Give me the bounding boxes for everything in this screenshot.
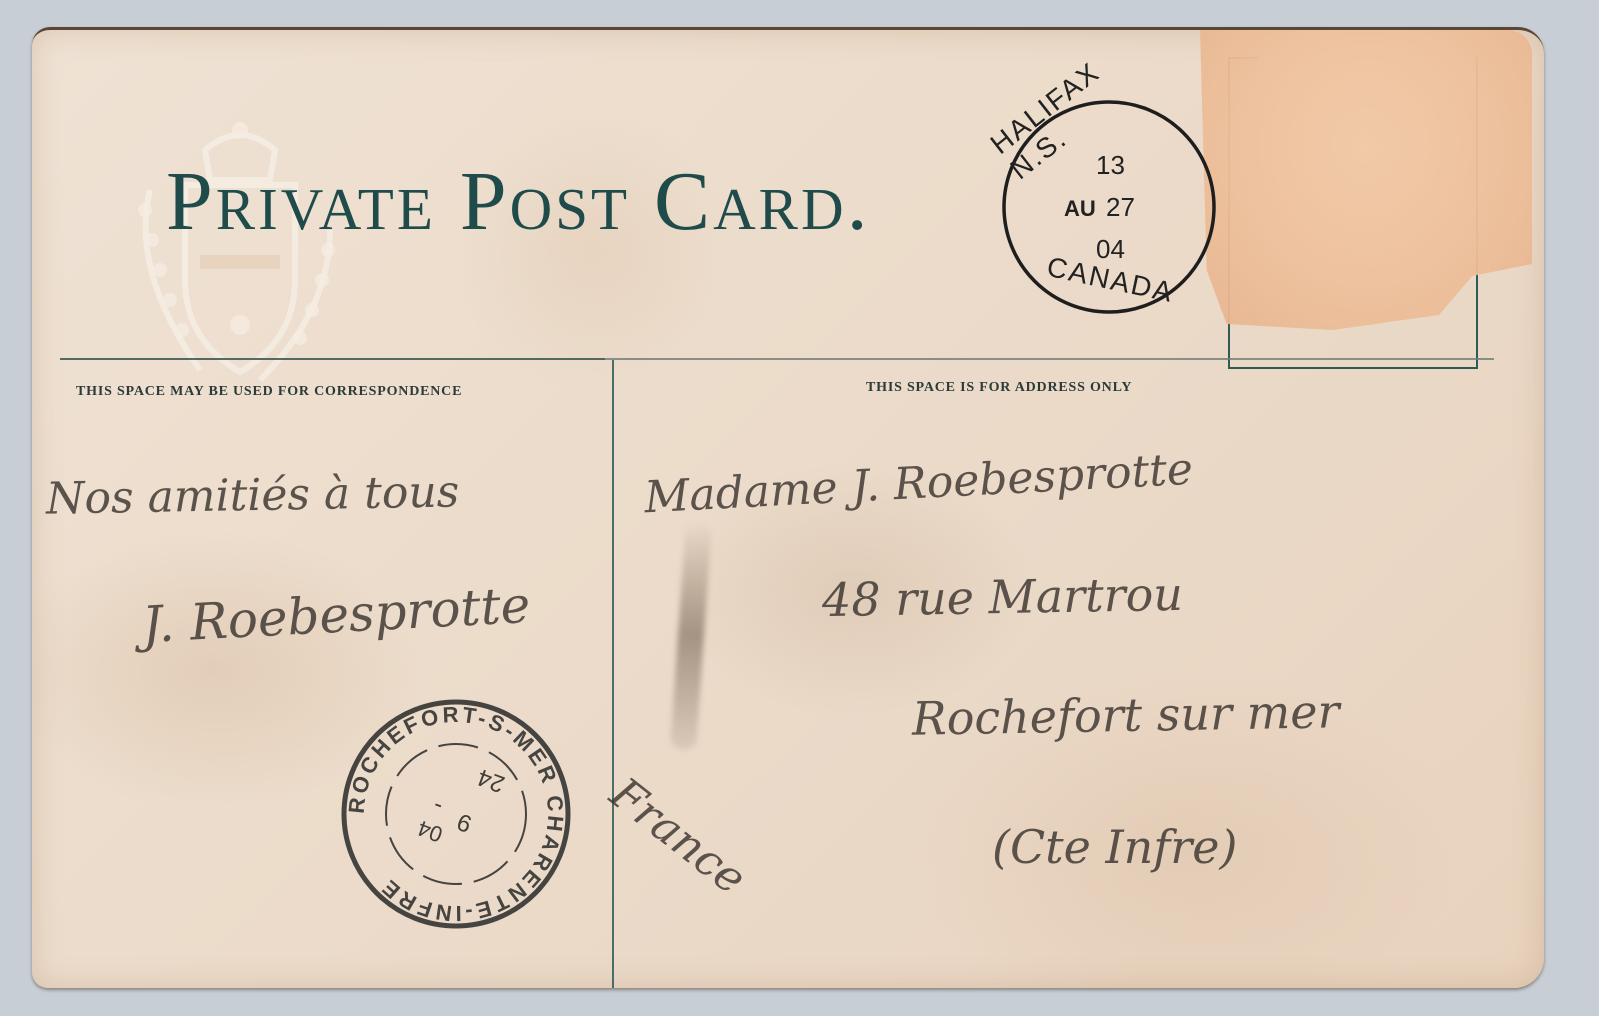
card-title: Private Post Card. [166,160,871,244]
correspondence-label: THIS SPACE MAY BE USED FOR CORRESPONDENC… [76,384,462,400]
halifax-year: 04 [1096,234,1125,265]
correspondence-signature: J. Roebesprotte [141,576,532,654]
halifax-day: 27 [1106,192,1135,223]
postmark-ring-icon: ROCHEFORT-S-MER CHARENTE-INFRE [338,696,574,932]
postcard: Private Post Card. THIS SPACE MAY BE USE… [32,27,1544,988]
address-label: THIS SPACE IS FOR ADDRESS ONLY [866,380,1132,396]
address-line-5: France [601,768,756,905]
address-line-3: Rochefort sur mer [912,684,1340,745]
address-line-2: 48 rue Martrou [822,567,1184,627]
divider-vertical [612,360,614,988]
halifax-hour: 13 [1096,150,1125,181]
halifax-month: AU [1064,196,1096,222]
ink-smudge [670,519,712,750]
correspondence-line-1: Nos amitiés à tous [46,466,460,524]
svg-text:ROCHEFORT-S-MER CHARENTE-INFRE: ROCHEFORT-S-MER CHARENTE-INFRE [344,702,569,927]
divider-horizontal [60,358,1494,360]
address-line-1: Madame J. Roebesprotte [643,444,1194,524]
crest-icon [90,110,360,400]
halifax-postmark: HALIFAX N.S. 13 AU 27 04 CANADA [994,92,1224,322]
rochefort-postmark: ROCHEFORT-S-MER CHARENTE-INFRE 24 9 - 04 [338,696,574,932]
stamp-remnant [1200,30,1532,330]
address-line-4: (Cte Infre) [992,820,1237,874]
rochefort-ring-text: ROCHEFORT-S-MER CHARENTE-INFRE [344,702,569,927]
